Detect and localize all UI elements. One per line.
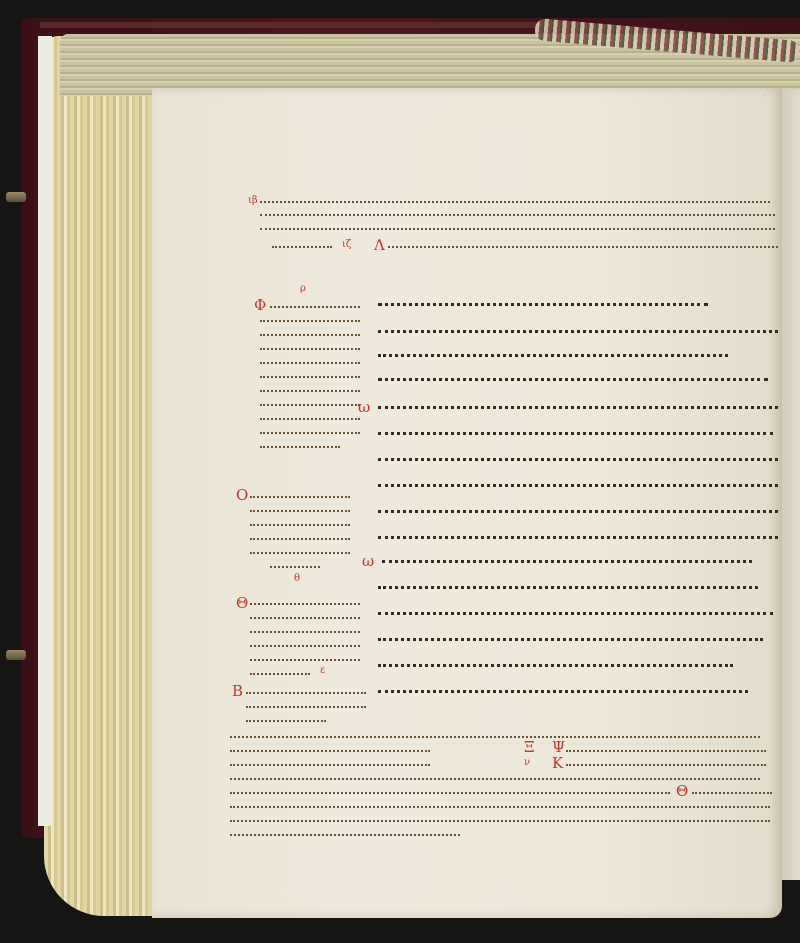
rubric-initial: Β	[232, 684, 243, 699]
section-mark: θ	[294, 574, 300, 584]
rubric-mark: Ξ	[524, 740, 535, 755]
manuscript-page: ′ ιβ ιζ Λ ω ω ρ Φ	[152, 88, 782, 918]
rubric-mark: ν	[524, 758, 530, 768]
flyleaf	[38, 36, 52, 826]
rubric-initial: Λ	[374, 238, 385, 253]
clasp-lower	[6, 650, 26, 660]
rubric-initial: Θ	[676, 784, 688, 799]
rubric-mark: ω	[362, 554, 374, 569]
rubric-initial: Ο	[236, 488, 248, 503]
section-mark: ε	[320, 666, 325, 676]
rubric-initial: Ψ	[552, 740, 565, 755]
rubric-initial: Φ	[254, 298, 266, 313]
rubric-mark: ιβ	[248, 196, 258, 206]
cover-edge	[40, 22, 560, 28]
rubric-mark: ιζ	[342, 240, 351, 250]
rubric-initial: Θ	[236, 596, 248, 611]
leaf-edges-fore	[44, 36, 164, 916]
rubric-mark: ω	[358, 400, 370, 415]
folio-mark: ′	[764, 94, 766, 103]
rubric-initial: Κ	[552, 756, 563, 771]
section-mark: ρ	[300, 284, 306, 294]
clasp-upper	[6, 192, 26, 202]
